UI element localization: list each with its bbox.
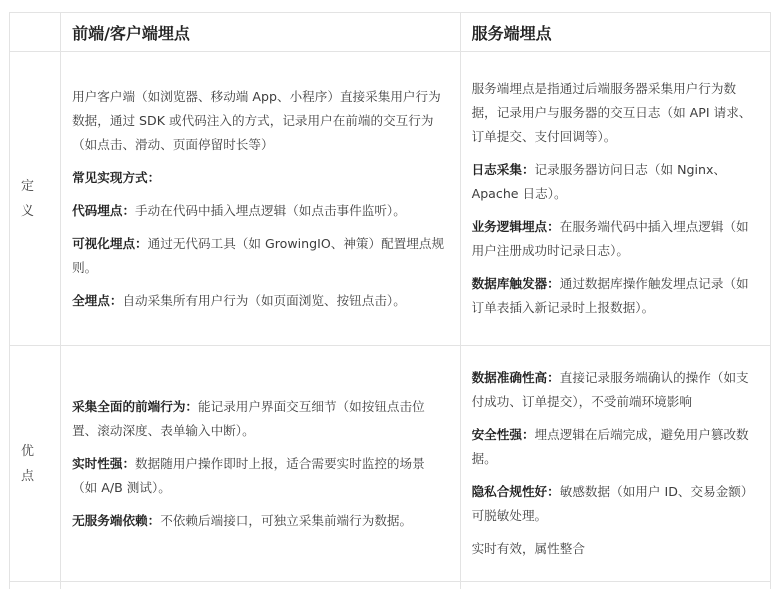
paragraph: 服务端埋点是指通过后端服务器采集用户行为数据，记录用户与服务器的交互日志（如 A… [472, 77, 760, 149]
paragraph: 代码埋点：手动在代码中插入埋点逻辑（如点击事件监听）。 [72, 199, 450, 223]
comparison-table: 前端/客户端埋点 服务端埋点 定 义 用户客户端（如浏览器、移动端 App、小程… [9, 12, 771, 589]
paragraph-text: 自动采集所有用户行为（如页面浏览、按钮点击）。 [122, 293, 405, 308]
paragraph-term: 实时性强： [72, 456, 135, 471]
empty-cell [61, 582, 461, 589]
row-label-char: 定 [21, 174, 60, 199]
paragraph: 安全性强：埋点逻辑在后端完成，避免用户篡改数据。 [472, 423, 760, 471]
paragraph-term: 采集全面的前端行为： [72, 399, 198, 414]
paragraph: 实时有效，属性整合 [472, 537, 760, 561]
table-header-row: 前端/客户端埋点 服务端埋点 [10, 13, 771, 52]
paragraph-term: 安全性强： [472, 427, 535, 442]
header-frontend: 前端/客户端埋点 [61, 13, 461, 52]
paragraph: 用户客户端（如浏览器、移动端 App、小程序）直接采集用户行为数据，通过 SDK… [72, 85, 450, 157]
paragraph-term: 业务逻辑埋点： [472, 219, 560, 234]
paragraph-term: 数据准确性高： [472, 370, 560, 385]
paragraph-term: 数据库触发器： [472, 276, 560, 291]
paragraph-term: 可视化埋点： [72, 236, 148, 251]
empty-cell [10, 582, 61, 589]
advantages-backend-cell: 数据准确性高：直接记录服务端确认的操作（如支付成功、订单提交），不受前端环境影响… [460, 346, 770, 582]
row-label-char: 点 [21, 464, 60, 489]
paragraph: 采集全面的前端行为：能记录用户界面交互细节（如按钮点击位置、滚动深度、表单输入中… [72, 395, 450, 443]
paragraph: 数据库触发器：通过数据库操作触发埋点记录（如订单表插入新记录时上报数据）。 [472, 272, 760, 320]
paragraph-text: 不依赖后端接口，可独立采集前端行为数据。 [160, 513, 412, 528]
definition-frontend-cell: 用户客户端（如浏览器、移动端 App、小程序）直接采集用户行为数据，通过 SDK… [61, 52, 461, 346]
table-row-continued [10, 582, 771, 589]
paragraph-term: 代码埋点： [72, 203, 135, 218]
paragraph: 业务逻辑埋点：在服务端代码中插入埋点逻辑（如用户注册成功时记录日志）。 [472, 215, 760, 263]
paragraph-term: 常见实现方式： [72, 170, 160, 185]
paragraph: 可视化埋点：通过无代码工具（如 GrowingIO、神策）配置埋点规则。 [72, 232, 450, 280]
paragraph-text: 服务端埋点是指通过后端服务器采集用户行为数据，记录用户与服务器的交互日志（如 A… [472, 81, 752, 144]
paragraph-text: 手动在代码中插入埋点逻辑（如点击事件监听）。 [135, 203, 406, 218]
definition-backend-cell: 服务端埋点是指通过后端服务器采集用户行为数据，记录用户与服务器的交互日志（如 A… [460, 52, 770, 346]
paragraph: 无服务端依赖：不依赖后端接口，可独立采集前端行为数据。 [72, 509, 450, 533]
paragraph-text: 实时有效，属性整合 [472, 541, 585, 556]
paragraph: 常见实现方式： [72, 166, 450, 190]
row-label-definition: 定 义 [10, 52, 61, 346]
advantages-frontend-cell: 采集全面的前端行为：能记录用户界面交互细节（如按钮点击位置、滚动深度、表单输入中… [61, 346, 461, 582]
empty-cell [460, 582, 770, 589]
paragraph: 实时性强：数据随用户操作即时上报，适合需要实时监控的场景（如 A/B 测试）。 [72, 452, 450, 500]
row-label-char: 优 [21, 439, 60, 464]
header-label-cell [10, 13, 61, 52]
table-row-advantages: 优 点 采集全面的前端行为：能记录用户界面交互细节（如按钮点击位置、滚动深度、表… [10, 346, 771, 582]
row-label-char: 义 [21, 199, 60, 224]
paragraph: 隐私合规性好：敏感数据（如用户 ID、交易金额）可脱敏处理。 [472, 480, 760, 528]
paragraph-text: 用户客户端（如浏览器、移动端 App、小程序）直接采集用户行为数据，通过 SDK… [72, 89, 441, 152]
table-row-definition: 定 义 用户客户端（如浏览器、移动端 App、小程序）直接采集用户行为数据，通过… [10, 52, 771, 346]
paragraph-term: 全埋点： [72, 293, 122, 308]
paragraph: 数据准确性高：直接记录服务端确认的操作（如支付成功、订单提交），不受前端环境影响 [472, 366, 760, 414]
paragraph-term: 日志采集： [472, 162, 535, 177]
paragraph: 全埋点：自动采集所有用户行为（如页面浏览、按钮点击）。 [72, 289, 450, 313]
row-label-advantages: 优 点 [10, 346, 61, 582]
paragraph: 日志采集：记录服务器访问日志（如 Nginx、Apache 日志）。 [472, 158, 760, 206]
header-backend: 服务端埋点 [460, 13, 770, 52]
paragraph-term: 隐私合规性好： [472, 484, 560, 499]
paragraph-term: 无服务端依赖： [72, 513, 160, 528]
